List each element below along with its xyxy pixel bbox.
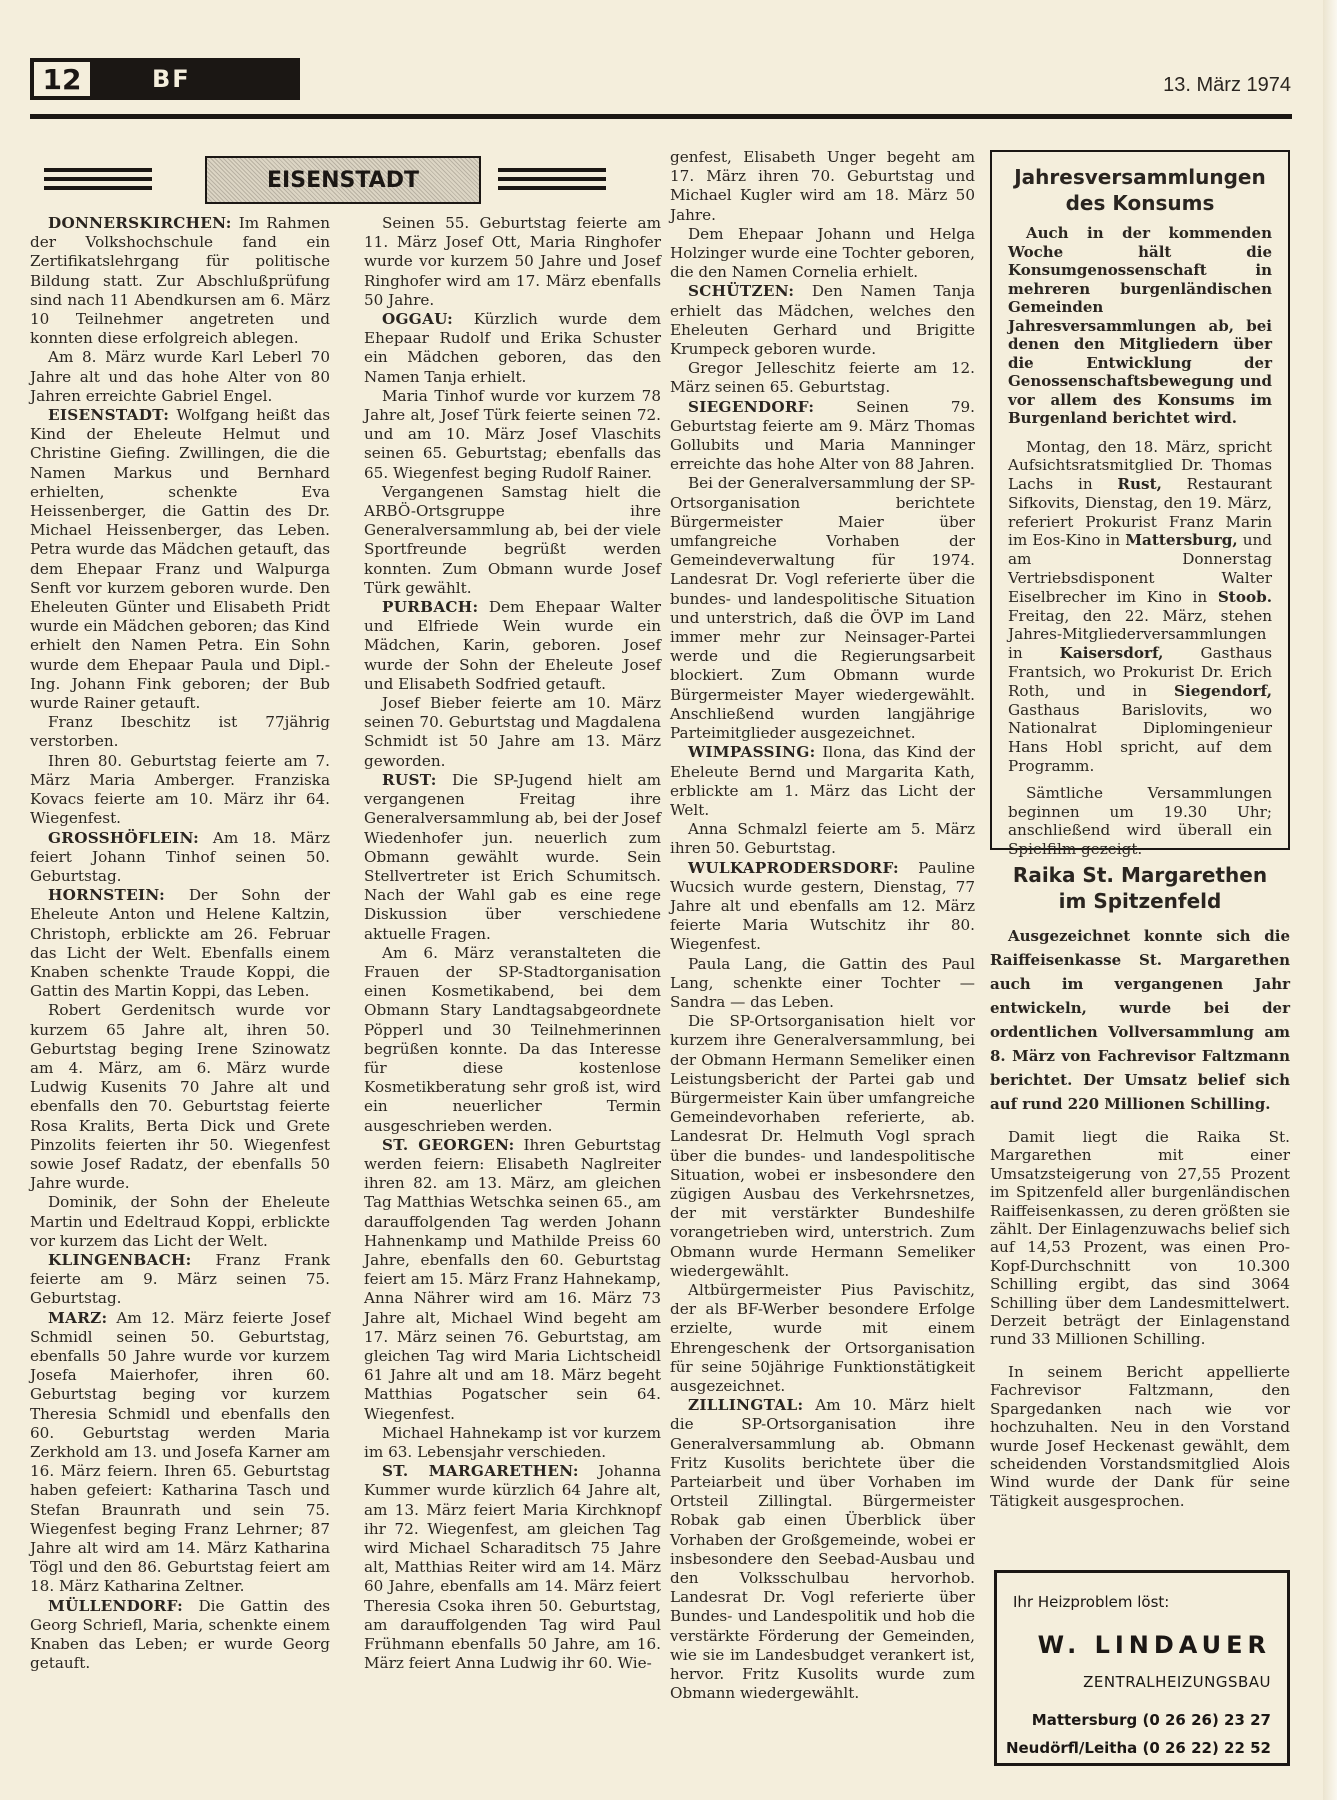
news-item: MÜLLENDORF: Die Gattin des Georg Schrief…: [30, 1597, 330, 1674]
town-name: KLINGENBACH:: [48, 1251, 192, 1269]
news-item: Franz Ibeschitz ist 77jährig verstorben.: [30, 713, 330, 751]
raika-lead: Ausgezeichnet konnte sich die Raiffeisen…: [990, 924, 1290, 1116]
header-rule: [30, 114, 1292, 119]
town-name: ST. MARGARETHEN:: [382, 1462, 579, 1480]
news-item: Vergangenen Samstag hielt die ARBÖ-Ortsg…: [364, 483, 661, 598]
news-item: ZILLINGTAL: Am 10. März hielt die SP-Ort…: [670, 1396, 975, 1703]
konsum-lead: Auch in der kommenden Woche hält die Kon…: [1008, 224, 1272, 428]
town-name: SCHÜTZEN:: [688, 282, 794, 300]
news-item: Anna Schmalzl feierte am 5. März ihren 5…: [670, 820, 975, 858]
news-item: Michael Hahnekamp ist vor kurzem im 63. …: [364, 1424, 661, 1462]
news-item: Bei der Generalversammlung der SP-Ortsor…: [670, 474, 975, 743]
ad-brand: W. LINDAUER: [1038, 1631, 1271, 1659]
banner-rule-right: [498, 168, 606, 192]
news-item: Am 6. März veranstalteten die Frauen der…: [364, 944, 661, 1136]
column-1: DONNERSKIRCHEN: Im Rahmen der Volkshochs…: [30, 214, 330, 1673]
town-name: PURBACH:: [382, 598, 478, 616]
town-name: MARZ:: [48, 1309, 107, 1327]
news-item: Am 8. März wurde Karl Leberl 70 Jahre al…: [30, 348, 330, 406]
news-item: Paula Lang, die Gattin des Paul Lang, sc…: [670, 955, 975, 1013]
news-item: ST. GEORGEN: Ihren Geburtstag werden fei…: [364, 1136, 661, 1424]
news-item: HORNSTEIN: Der Sohn der Eheleute Anton u…: [30, 886, 330, 1001]
news-item: Maria Tinhof wurde vor kurzem 78 Jahre a…: [364, 387, 661, 483]
town-name: MÜLLENDORF:: [48, 1597, 183, 1615]
konsum-footer-note: Sämtliche Versammlungen beginnen um 19.3…: [1008, 784, 1272, 859]
news-item: Die SP-Ortsorganisation hielt vor kurzem…: [670, 1012, 975, 1281]
konsum-article-box: Jahresversammlungen des Konsums Auch in …: [990, 150, 1290, 850]
page-edge: [1323, 0, 1337, 1800]
column-3: genfest, Elisabeth Unger begeht am 17. M…: [670, 148, 975, 1703]
news-item: Altbürgermeister Pius Pavischitz, der al…: [670, 1281, 975, 1396]
news-item: ST. MARGARETHEN: Johanna Kummer wurde kü…: [364, 1462, 661, 1673]
news-item: EISENSTADT: Wolfgang heißt das Kind der …: [30, 406, 330, 713]
news-item: RUST: Die SP-Jugend hielt am vergangenen…: [364, 771, 661, 944]
news-item: Dem Ehepaar Johann und Helga Holzinger w…: [670, 225, 975, 283]
town-name: RUST:: [382, 771, 437, 789]
town-name: WULKAPRODERSDORF:: [688, 859, 899, 877]
masthead: 12 BF: [30, 58, 300, 100]
news-item: Ihren 80. Geburtstag feierte am 7. März …: [30, 752, 330, 829]
lindauer-advertisement: Ihr Heizproblem löst: W. LINDAUER ZENTRA…: [994, 1570, 1290, 1766]
column-2: Seinen 55. Geburtstag feierte am 11. Mär…: [364, 214, 661, 1673]
ad-phone-neudoerfl: Neudörfl/Leitha (0 26 22) 22 52: [1006, 1739, 1271, 1757]
konsum-body: Montag, den 18. März, spricht Aufsichtsr…: [1008, 438, 1272, 776]
konsum-headline: Jahresversammlungen des Konsums: [1008, 164, 1272, 216]
news-item: Josef Bieber feierte am 10. März seinen …: [364, 694, 661, 771]
town-name: ST. GEORGEN:: [382, 1136, 515, 1154]
town-name: DONNERSKIRCHEN:: [48, 214, 232, 232]
section-title: EISENSTADT: [205, 156, 481, 204]
paper-code: BF: [152, 65, 191, 93]
town-name: SIEGENDORF:: [688, 398, 814, 416]
raika-article: Raika St. Margarethen im Spitzenfeld Aus…: [990, 862, 1290, 1524]
news-item: DONNERSKIRCHEN: Im Rahmen der Volkshochs…: [30, 214, 330, 348]
news-item: KLINGENBACH: Franz Frank feierte am 9. M…: [30, 1251, 330, 1309]
page-number: 12: [34, 62, 90, 96]
news-item: MARZ: Am 12. März feierte Josef Schmidl …: [30, 1309, 330, 1597]
banner-rule-left: [44, 168, 152, 192]
news-item: SIEGENDORF: Seinen 79. Geburtstag feiert…: [670, 398, 975, 475]
news-item: WULKAPRODERSDORF: Pauline Wucsich wurde …: [670, 859, 975, 955]
news-item: WIMPASSING: Ilona, das Kind der Eheleute…: [670, 743, 975, 820]
town-name: ZILLINGTAL:: [688, 1396, 803, 1414]
raika-body-1: Damit liegt die Raika St. Margarethen mi…: [990, 1128, 1290, 1349]
ad-tagline: Ihr Heizproblem löst:: [1013, 1593, 1169, 1611]
news-item: Gregor Jelleschitz feierte am 12. März s…: [670, 359, 975, 397]
news-item-continuation: genfest, Elisabeth Unger begeht am 17. M…: [670, 148, 975, 225]
raika-body-2: In seinem Bericht appellierte Fachreviso…: [990, 1363, 1290, 1510]
town-name: EISENSTADT:: [48, 406, 169, 424]
town-name: HORNSTEIN:: [48, 886, 165, 904]
ad-phone-mattersburg: Mattersburg (0 26 26) 23 27: [1032, 1711, 1271, 1729]
news-item: Seinen 55. Geburtstag feierte am 11. Mär…: [364, 214, 661, 310]
news-item: Dominik, der Sohn der Eheleute Martin un…: [30, 1193, 330, 1251]
issue-date: 13. März 1974: [1163, 74, 1291, 97]
news-item: Robert Gerdenitsch wurde vor kurzem 65 J…: [30, 1001, 330, 1193]
raika-headline: Raika St. Margarethen im Spitzenfeld: [990, 862, 1290, 914]
news-item: GROSSHÖFLEIN: Am 18. März feiert Johann …: [30, 829, 330, 887]
news-item: OGGAU: Kürzlich wurde dem Ehepaar Rudolf…: [364, 310, 661, 387]
news-item: PURBACH: Dem Ehepaar Walter und Elfriede…: [364, 598, 661, 694]
ad-trade: ZENTRALHEIZUNGSBAU: [1083, 1673, 1271, 1691]
town-name: WIMPASSING:: [688, 743, 816, 761]
town-name: GROSSHÖFLEIN:: [48, 829, 199, 847]
news-item: SCHÜTZEN: Den Namen Tanja erhielt das Mä…: [670, 282, 975, 359]
town-name: OGGAU:: [382, 310, 453, 328]
